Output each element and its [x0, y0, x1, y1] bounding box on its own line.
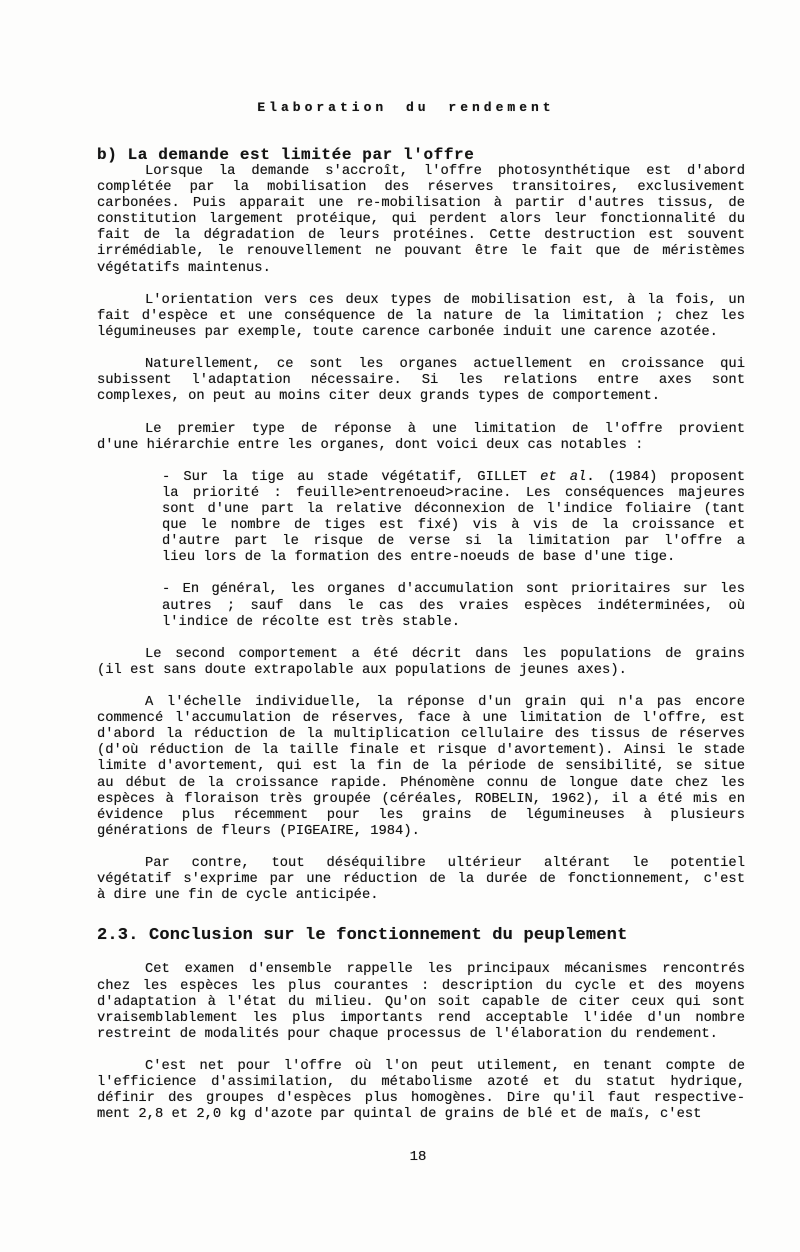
text-line: d'adaptation à l'état du milieu. Qu'on s… [97, 995, 745, 1011]
text-line: constitution largement protéique, qui pe… [97, 212, 745, 228]
text-line: irrémédiable, le renouvellement ne pouva… [97, 244, 745, 260]
text-line: Par contre, tout déséquilibre ultérieur … [97, 856, 745, 872]
paragraph: Par contre, tout déséquilibre ultérieur … [97, 856, 745, 904]
text-line: Naturellement, ce sont les organes actue… [97, 357, 745, 373]
document-page: Elaboration du rendement b) La demande e… [0, 0, 800, 1252]
text-line: la priorité : feuille>entrenoeud>racine.… [162, 486, 745, 502]
text-line: fait d'espèce et une conséquence de la n… [97, 309, 745, 325]
text-line: ment 2,8 et 2,0 kg d'azote par quintal d… [97, 1107, 745, 1123]
paragraph: C'est net pour l'offre où l'on peut util… [97, 1059, 745, 1123]
text-line: (il est sans doute extrapolable aux popu… [97, 663, 745, 679]
running-title: Elaboration du rendement [82, 100, 730, 116]
text-column: Elaboration du rendement b) La demande e… [97, 100, 745, 1165]
text-line: (d'où réduction de la taille finale et r… [97, 743, 745, 759]
section-heading: 2.3. Conclusion sur le fonctionnement du… [97, 926, 745, 946]
bullet-item: - Sur la tige au stade végétatif, GILLET… [162, 470, 745, 567]
text-line: 2.3. Conclusion sur le fonctionnement du… [97, 926, 745, 946]
paragraph: A l'échelle individuelle, la réponse d'u… [97, 695, 745, 840]
bullet-item: - En général, les organes d'accumulation… [162, 582, 745, 630]
text-line: définir des groupes d'espèces plus homog… [97, 1091, 745, 1107]
text-line: carbonées. Puis apparait une re-mobilisa… [97, 196, 745, 212]
text-line: d'autre part le risque de verse si la li… [162, 534, 745, 550]
text-line: restreint de modalités pour chaque proce… [97, 1027, 745, 1043]
text-line: b) La demande est limitée par l'offre [97, 146, 745, 164]
text-line: évidence plus récemment pour les grains … [97, 808, 745, 824]
text-line: au début de la croissance rapide. Phénom… [97, 776, 745, 792]
text-line: subissent l'adaptation nécessaire. Si le… [97, 373, 745, 389]
text-line: A l'échelle individuelle, la réponse d'u… [97, 695, 745, 711]
text-line: sont d'une part la relative déconnexion … [162, 502, 745, 518]
text-line: l'indice de récolte est très stable. [162, 615, 745, 631]
text-line: limite d'avortement, qui est la fin de l… [97, 759, 745, 775]
paragraph: Naturellement, ce sont les organes actue… [97, 357, 745, 405]
text-line: espèces à floraison très groupée (céréal… [97, 792, 745, 808]
text-line: - En général, les organes d'accumulation… [162, 582, 745, 598]
text-line: Le premier type de réponse à une limitat… [97, 422, 745, 438]
paragraph: Cet examen d'ensemble rappelle les princ… [97, 962, 745, 1042]
text-line: d'une hiérarchie entre les organes, dont… [97, 438, 745, 454]
text-line: autres ; sauf dans le cas des vraies esp… [162, 599, 745, 615]
text-line: L'orientation vers ces deux types de mob… [97, 293, 745, 309]
text-line: vraisemblablement les plus importants re… [97, 1011, 745, 1027]
text-line: à dire une fin de cycle anticipée. [97, 888, 745, 904]
text-line: chez les espèces les plus courantes : de… [97, 979, 745, 995]
page-number: 18 [94, 1149, 742, 1165]
text-line: commencé l'accumulation de réserves, fac… [97, 711, 745, 727]
text-line: végétatif s'exprime par une réduction de… [97, 872, 745, 888]
text-line: que le nombre de tiges est fixé) vis à v… [162, 518, 745, 534]
paragraph: Lorsque la demande s'accroît, l'offre ph… [97, 164, 745, 277]
section-heading: b) La demande est limitée par l'offre [97, 146, 745, 164]
text-line: l'efficience d'assimilation, du métaboli… [97, 1075, 745, 1091]
text-line: Cet examen d'ensemble rappelle les princ… [97, 962, 745, 978]
text-line: végétatifs maintenus. [97, 261, 745, 277]
text-line: complétée par la mobilisation des réserv… [97, 180, 745, 196]
paragraph: Le premier type de réponse à une limitat… [97, 422, 745, 454]
text-line: - Sur la tige au stade végétatif, GILLET… [162, 470, 745, 486]
text-line: complexes, on peut au moins citer deux g… [97, 389, 745, 405]
text-line: lieu lors de la formation des entre-noeu… [162, 550, 745, 566]
text-line: fait de la dégradation de leurs protéine… [97, 228, 745, 244]
paragraph: L'orientation vers ces deux types de mob… [97, 293, 745, 341]
paragraph: Le second comportement a été décrit dans… [97, 647, 745, 679]
text-line: d'abord la réduction de la multiplicatio… [97, 727, 745, 743]
document-body: b) La demande est limitée par l'offreLor… [97, 146, 745, 1123]
text-line: générations de fleurs (PIGEAIRE, 1984). [97, 824, 745, 840]
text-line: légumineuses par exemple, toute carence … [97, 325, 745, 341]
italic-citation: et al [540, 470, 586, 485]
text-line: Le second comportement a été décrit dans… [97, 647, 745, 663]
text-line: Lorsque la demande s'accroît, l'offre ph… [97, 164, 745, 180]
text-line: C'est net pour l'offre où l'on peut util… [97, 1059, 745, 1075]
